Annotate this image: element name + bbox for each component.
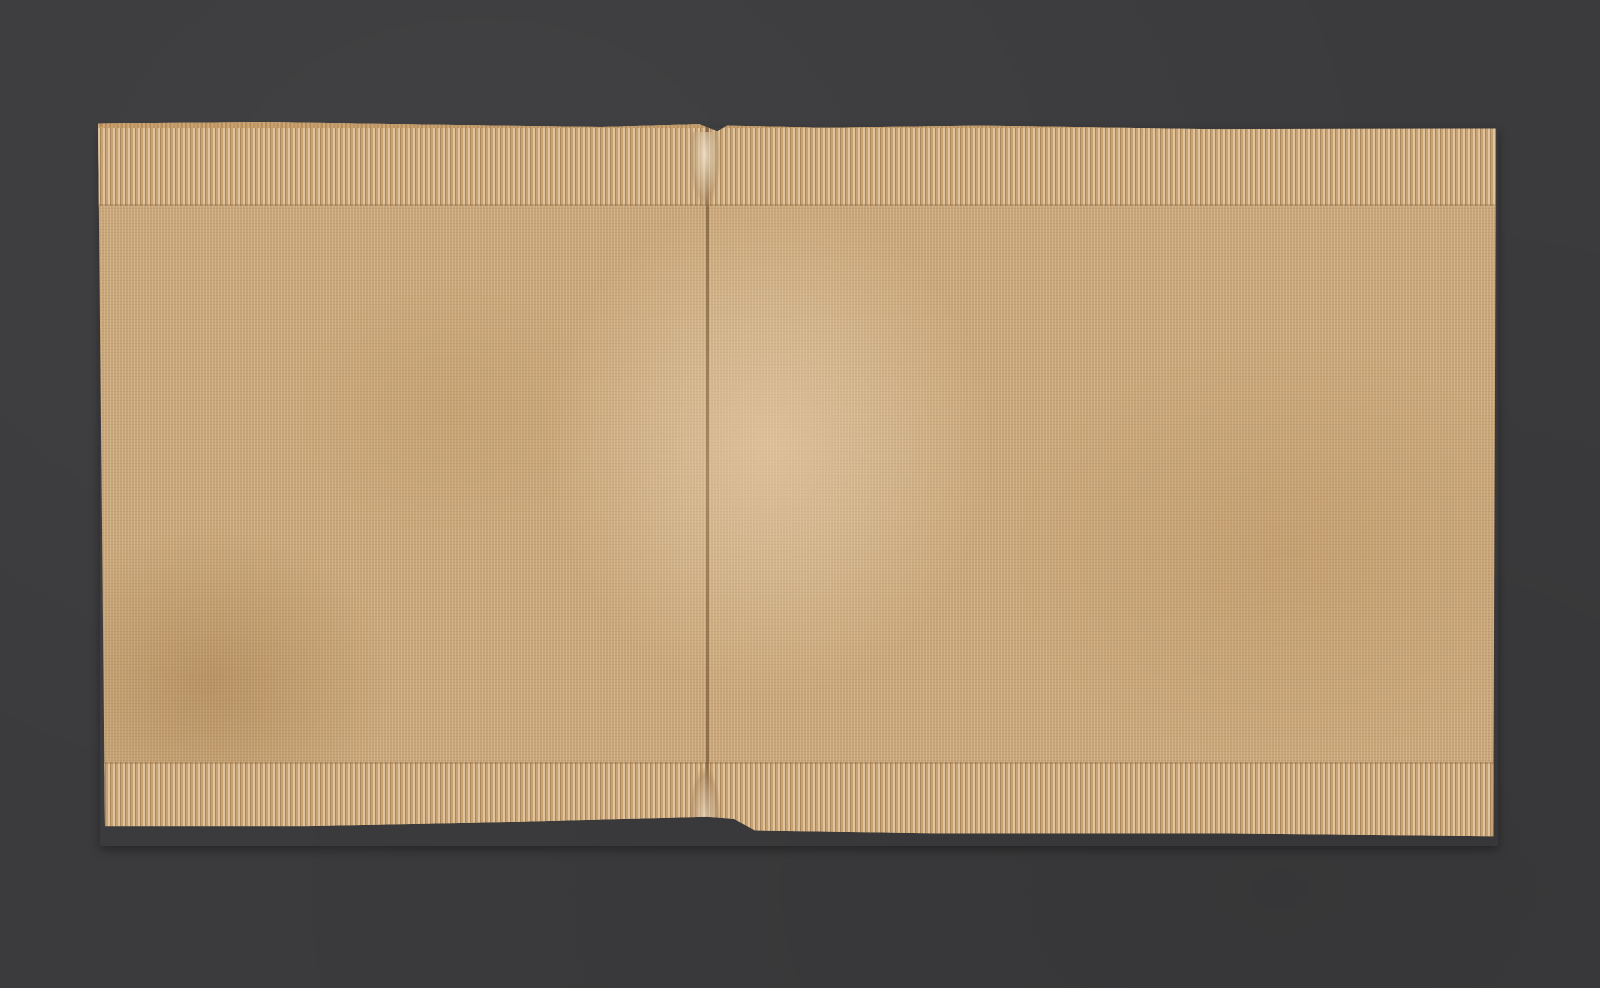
ribbed-top-edge [98, 122, 1496, 206]
center-seam [706, 122, 709, 842]
fabric-band [98, 122, 1496, 842]
photo-scene [0, 0, 1600, 988]
seam-top-gather [690, 132, 720, 207]
